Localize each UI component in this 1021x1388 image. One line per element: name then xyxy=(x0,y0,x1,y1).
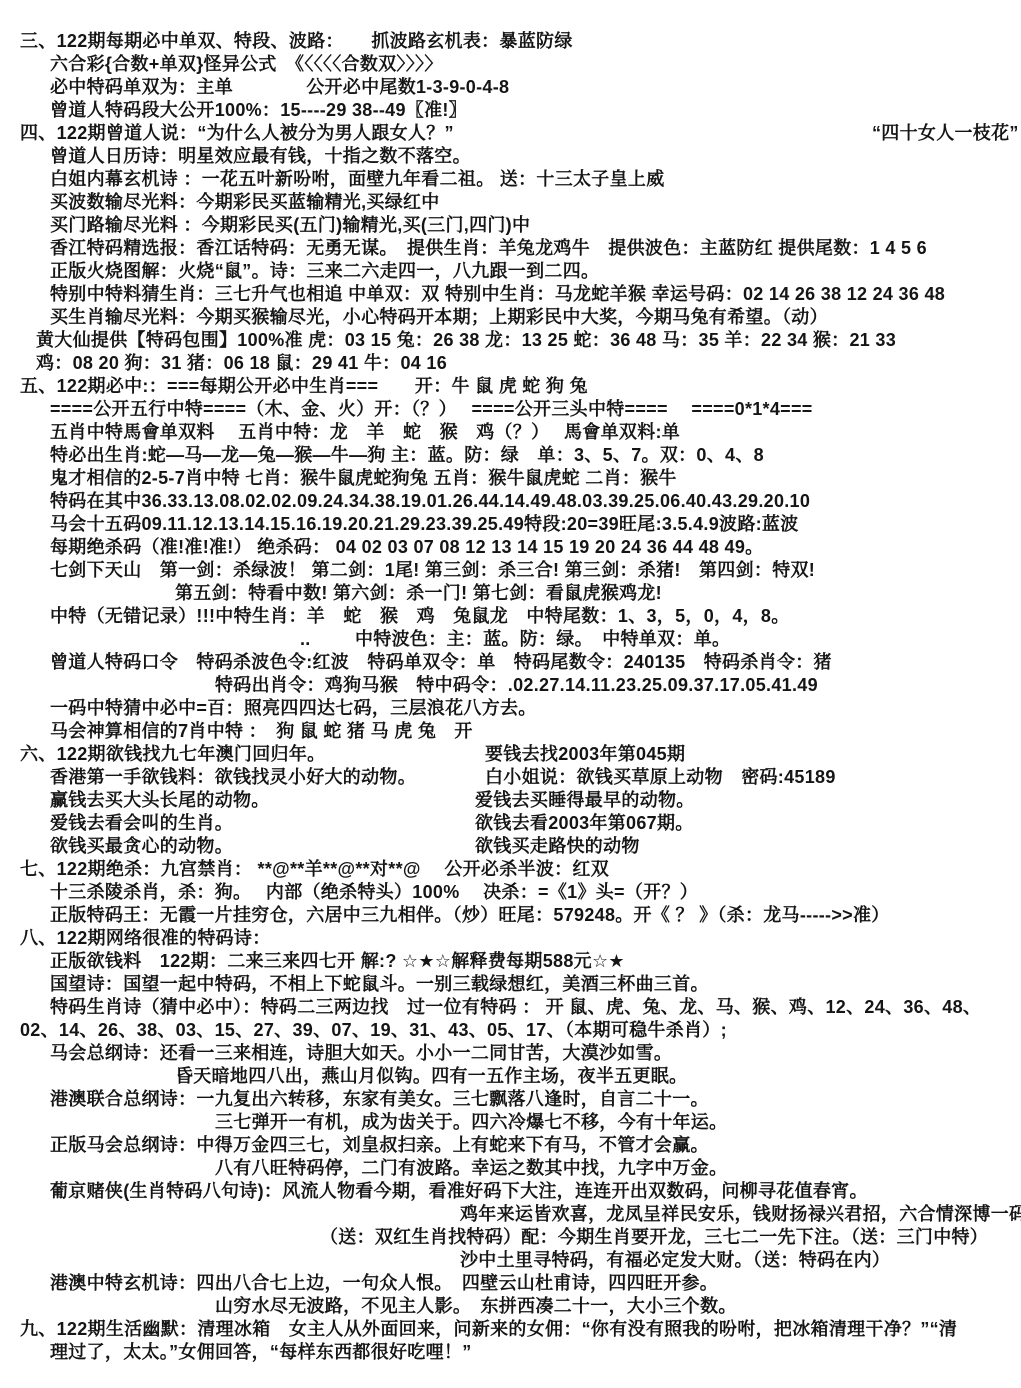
text-segment: 中特波色：主：蓝。防：绿。 中特单双：单。 xyxy=(355,628,730,651)
text-segment: 买波数输尽光料：今期彩民买蓝输精光,买绿红中 xyxy=(50,191,440,214)
text-line: 正版火烧图解：火烧“鼠”。诗：三来二六走四一，八九跟一到二四。 xyxy=(0,260,1021,283)
text-segment: 鸡：08 20 狗：31 猪：06 18 鼠：29 41 牛：04 16 xyxy=(36,352,447,375)
text-segment: 五肖中特馬會单双料 五肖中特：龙 羊 蛇 猴 鸡（？） 馬會单双料:单 xyxy=(50,421,680,444)
text-segment: 理过了，太太。”女佣回答，“每样东西都很好吃哩！” xyxy=(50,1341,472,1364)
text-line: 八有八旺特码停，二门有波路。幸运之数其中找，九字中万金。 xyxy=(0,1157,1021,1180)
text-line: 黄大仙提供【特码包围】100%准 虎：03 15 兔：26 38 龙：13 25… xyxy=(0,329,1021,352)
text-line: 马会总纲诗：还看一三来相连，诗胆大如天。小小一二同甘苦，大漠沙如雪。 xyxy=(0,1042,1021,1065)
text-segment: 买生肖输尽光料：今期买猴输尽光，小心特码开本期；上期彩民中大奖，今期马兔有希望。… xyxy=(50,306,828,329)
text-line: 七剑下天山 第一剑：杀绿波！ 第二剑：1尾! 第三剑：杀三合! 第三剑：杀猪! … xyxy=(0,559,1021,582)
text-segment: 七、122期绝杀：九宫禁肖： **@**羊**@**对**@ 公开必杀半波：红双 xyxy=(20,858,609,881)
text-segment: ====公开五行中特====（木、金、火）开：（？） ====公开三头中特===… xyxy=(50,398,813,421)
text-line: ====公开五行中特====（木、金、火）开：（？） ====公开三头中特===… xyxy=(0,398,1021,421)
text-segment: 正版火烧图解：火烧“鼠”。诗：三来二六走四一，八九跟一到二四。 xyxy=(50,260,599,283)
text-line: 马会神算相信的7肖中特 ： 狗 鼠 蛇 猪 马 虎 兔 开 xyxy=(0,720,1021,743)
text-line: 曾道人日历诗：明星效应最有钱，十指之数不落空。 xyxy=(0,145,1021,168)
text-line: 五肖中特馬會单双料 五肖中特：龙 羊 蛇 猴 鸡（？） 馬會单双料:单 xyxy=(0,421,1021,444)
text-segment: 鸡年来运皆欢喜，龙凤呈祥民安乐，钱财扬禄兴君招，六合情深博一码。 xyxy=(460,1203,1021,1226)
text-line: 港澳中特玄机诗：四出八合七上边，一句众人恨。 四壁云山杜甫诗，四四旺开参。 xyxy=(0,1272,1021,1295)
text-line: 八、122期网络很准的特码诗： xyxy=(0,927,1021,950)
text-line: 山穷水尽无波路，不见主人影。 东拼西凑二十一，大小三个数。 xyxy=(0,1295,1021,1318)
text-segment: 特别中特料猜生肖：三七升气也相追 中单双：双 特别中生肖：马龙蛇羊猴 幸运号码：… xyxy=(50,283,945,306)
text-segment: 欲钱去看2003年第067期。 xyxy=(475,812,694,835)
text-line: 国望诗：国望一起中特码，不相上下蛇鼠斗。一别三载绿想红，美酒三杯曲三首。 xyxy=(0,973,1021,996)
text-segment: 白姐内幕玄机诗 ：一花五叶新吩咐，面壁九年看二祖。 送：十三太子皇上威 xyxy=(50,168,665,191)
text-line: 鸡年来运皆欢喜，龙凤呈祥民安乐，钱财扬禄兴君招，六合情深博一码。 xyxy=(0,1203,1021,1226)
text-segment: 葡京赌侠(生肖特码八句诗)：风流人物看今期，看准好码下大注，连连开出双数码，问柳… xyxy=(50,1180,868,1203)
text-line: 马会十五码09.11.12.13.14.15.16.19.20.21.29.23… xyxy=(0,513,1021,536)
text-segment: 要钱去找2003年第045期 xyxy=(485,743,685,766)
text-line: 六合彩{合数+单双}怪异公式 《〈〈〈〈合数双〉〉〉〉 xyxy=(0,53,1021,76)
text-segment: 港澳中特玄机诗：四出八合七上边，一句众人恨。 四壁云山杜甫诗，四四旺开参。 xyxy=(50,1272,718,1295)
text-segment: 正版马会总纲诗：中得万金四三七，刘皇叔扫亲。上有蛇来下有马，不管才会赢。 xyxy=(50,1134,709,1157)
text-line: 买门路输尽光料 ：今期彩民买(五门)输精光,买(三门,四门)中 xyxy=(0,214,1021,237)
text-segment: 黄大仙提供【特码包围】100%准 虎：03 15 兔：26 38 龙：13 25… xyxy=(36,329,896,352)
text-segment: 七剑下天山 第一剑：杀绿波！ 第二剑：1尾! 第三剑：杀三合! 第三剑：杀猪! … xyxy=(50,559,815,582)
text-segment: 每期绝杀码（准!准!准!） 绝杀码： 04 02 03 07 08 12 13 … xyxy=(50,536,763,559)
text-line: 每期绝杀码（准!准!准!） 绝杀码： 04 02 03 07 08 12 13 … xyxy=(0,536,1021,559)
text-segment: 昏天暗地四八出，燕山月似钩。四有一五作主场，夜半五更眠。 xyxy=(175,1065,687,1088)
text-line: 特码在其中36.33.13.08.02.02.09.24.34.38.19.01… xyxy=(0,490,1021,513)
text-line: 九、122期生活幽默：清理冰箱 女主人从外面回来，问新来的女佣：“你有没有照我的… xyxy=(0,1318,1021,1341)
text-segment: 正版特码王：无霞一片挂穷仓，六居中三九相伴。（炒）旺尾：579248。开《 ？ … xyxy=(50,904,890,927)
text-line: 特码生肖诗（猜中必中）：特码二三两边找 过一位有特码 ： 开 鼠、虎、兔、龙、马… xyxy=(0,996,1021,1019)
text-segment: 特码在其中36.33.13.08.02.02.09.24.34.38.19.01… xyxy=(50,490,810,513)
text-segment: 国望诗：国望一起中特码，不相上下蛇鼠斗。一别三载绿想红，美酒三杯曲三首。 xyxy=(50,973,709,996)
text-line: 爱钱去看会叫的生肖。欲钱去看2003年第067期。 xyxy=(0,812,1021,835)
text-segment: 特必出生肖:蛇—马—龙—兔—猴—牛—狗 主：蓝。防：绿 单：3、5、7。双：0、… xyxy=(50,444,764,467)
text-segment: .. xyxy=(300,628,311,651)
text-line: 四、122期曾道人说：“为什么人被分为男人跟女人？”“四十女人一枝花” xyxy=(0,122,1021,145)
text-line: 第五剑：特看中数! 第六剑：杀一门! 第七剑：看鼠虎猴鸡龙! xyxy=(0,582,1021,605)
text-segment: 山穷水尽无波路，不见主人影。 东拼西凑二十一，大小三个数。 xyxy=(215,1295,737,1318)
tip-sheet-document: 三、122期每期必中单双、特段、波路： 抓波路玄机表：暴蓝防绿六合彩{合数+单双… xyxy=(0,0,1021,1388)
text-line: 沙中土里寻特码，有福必定发大财。（送：特码在内） xyxy=(0,1249,1021,1272)
text-line: 正版欲钱料 122期：二来三来四七开 解:? ☆★☆解释费每期588元☆★ xyxy=(0,950,1021,973)
text-line: 特必出生肖:蛇—马—龙—兔—猴—牛—狗 主：蓝。防：绿 单：3、5、7。双：0、… xyxy=(0,444,1021,467)
text-segment: 欲钱买最贪心的动物。 xyxy=(50,835,233,858)
text-line: 鬼才相信的2-5-7肖中特 七肖：猴牛鼠虎蛇狗兔 五肖：猴牛鼠虎蛇 二肖：猴牛 xyxy=(0,467,1021,490)
text-segment: 曾道人日历诗：明星效应最有钱，十指之数不落空。 xyxy=(50,145,471,168)
text-segment: 八有八旺特码停，二门有波路。幸运之数其中找，九字中万金。 xyxy=(215,1157,727,1180)
text-segment: 九、122期生活幽默：清理冰箱 女主人从外面回来，问新来的女佣：“你有没有照我的… xyxy=(20,1318,957,1341)
text-segment: 六合彩{合数+单双}怪异公式 《〈〈〈〈合数双〉〉〉〉 xyxy=(50,53,443,76)
text-line: 三七弹开一有机，成为齿关于。四六冷爆七不移，今有十年运。 xyxy=(0,1111,1021,1134)
text-segment: 六、122期欲钱找九七年澳门回归年。 xyxy=(20,743,325,766)
text-line: 买波数输尽光料：今期彩民买蓝输精光,买绿红中 xyxy=(0,191,1021,214)
text-line: 白姐内幕玄机诗 ：一花五叶新吩咐，面壁九年看二祖。 送：十三太子皇上威 xyxy=(0,168,1021,191)
text-segment: 02、14、26、38、03、15、27、39、07、19、31、43、05、1… xyxy=(20,1019,727,1042)
text-line: 一码中特猜中必中=百：照亮四四达七码，三层浪花八方去。 xyxy=(0,697,1021,720)
text-segment: 特码生肖诗（猜中必中）：特码二三两边找 过一位有特码 ： 开 鼠、虎、兔、龙、马… xyxy=(50,996,981,1019)
text-line: 六、122期欲钱找九七年澳门回归年。要钱去找2003年第045期 xyxy=(0,743,1021,766)
text-line: 特码出肖令：鸡狗马猴 特中码令：.02.27.14.11.23.25.09.37… xyxy=(0,674,1021,697)
text-segment: 正版欲钱料 122期：二来三来四七开 解:? ☆★☆解释费每期588元☆★ xyxy=(50,950,625,973)
text-line: 香江特码精选报：香江话特码：无勇无谋。 提供生肖：羊兔龙鸡牛 提供波色：主蓝防红… xyxy=(0,237,1021,260)
text-segment: 必中特码单双为：主单 公开必中尾数1-3-9-0-4-8 xyxy=(50,76,509,99)
text-line: （送：双红生肖找特码）配：今期生肖要开龙，三七二一先下注。（送：三门中特） xyxy=(0,1226,1021,1249)
text-segment: （送：双红生肖找特码）配：今期生肖要开龙，三七二一先下注。（送：三门中特） xyxy=(320,1226,988,1249)
text-segment: 马会总纲诗：还看一三来相连，诗胆大如天。小小一二同甘苦，大漠沙如雪。 xyxy=(50,1042,672,1065)
text-line: 中特（无错记录）!!!中特生肖：羊 蛇 猴 鸡 兔鼠龙 中特尾数：1、3，5，0… xyxy=(0,605,1021,628)
text-segment: 香港第一手欲钱料：欲钱找灵小好大的动物。 xyxy=(50,766,416,789)
text-line: 昏天暗地四八出，燕山月似钩。四有一五作主场，夜半五更眠。 xyxy=(0,1065,1021,1088)
text-segment: 欲钱买走路快的动物 xyxy=(475,835,640,858)
text-segment: 曾道人特码口令 特码杀波色令:红波 特码单双令：单 特码尾数令：240135 特… xyxy=(50,651,832,674)
text-line: 赢钱去买大头长尾的动物。爱钱去买睡得最早的动物。 xyxy=(0,789,1021,812)
text-segment: 买门路输尽光料 ：今期彩民买(五门)输精光,买(三门,四门)中 xyxy=(50,214,530,237)
text-line: 02、14、26、38、03、15、27、39、07、19、31、43、05、1… xyxy=(0,1019,1021,1042)
text-line: 正版马会总纲诗：中得万金四三七，刘皇叔扫亲。上有蛇来下有马，不管才会赢。 xyxy=(0,1134,1021,1157)
text-line: 葡京赌侠(生肖特码八句诗)：风流人物看今期，看准好码下大注，连连开出双数码，问柳… xyxy=(0,1180,1021,1203)
text-line: 三、122期每期必中单双、特段、波路： 抓波路玄机表：暴蓝防绿 xyxy=(0,30,1021,53)
text-segment: 五、122期必中:：===每期公开必中生肖=== 开：牛 鼠 虎 蛇 狗 兔 xyxy=(20,375,588,398)
text-line: 十三杀陵杀肖，杀：狗。 内部（绝杀特头）100% 决杀：=《1》头=（开？） xyxy=(0,881,1021,904)
text-segment: 港澳联合总纲诗：一九复出六转移，东家有美女。三七飘落八逢时，自言二十一。 xyxy=(50,1088,709,1111)
text-line: 正版特码王：无霞一片挂穷仓，六居中三九相伴。（炒）旺尾：579248。开《 ？ … xyxy=(0,904,1021,927)
text-line: 欲钱买最贪心的动物。欲钱买走路快的动物 xyxy=(0,835,1021,858)
text-segment: 三、122期每期必中单双、特段、波路： 抓波路玄机表：暴蓝防绿 xyxy=(20,30,573,53)
text-segment: 中特（无错记录）!!!中特生肖：羊 蛇 猴 鸡 兔鼠龙 中特尾数：1、3，5，0… xyxy=(50,605,790,628)
text-segment: 八、122期网络很准的特码诗： xyxy=(20,927,271,950)
text-segment: “四十女人一枝花” xyxy=(872,122,1019,145)
text-line: ..中特波色：主：蓝。防：绿。 中特单双：单。 xyxy=(0,628,1021,651)
text-segment: 四、122期曾道人说：“为什么人被分为男人跟女人？” xyxy=(20,122,454,145)
text-line: 鸡：08 20 狗：31 猪：06 18 鼠：29 41 牛：04 16 xyxy=(0,352,1021,375)
text-line: 买生肖输尽光料：今期买猴输尽光，小心特码开本期；上期彩民中大奖，今期马兔有希望。… xyxy=(0,306,1021,329)
text-line: 五、122期必中:：===每期公开必中生肖=== 开：牛 鼠 虎 蛇 狗 兔 xyxy=(0,375,1021,398)
text-line: 七、122期绝杀：九宫禁肖： **@**羊**@**对**@ 公开必杀半波：红双 xyxy=(0,858,1021,881)
text-line: 港澳联合总纲诗：一九复出六转移，东家有美女。三七飘落八逢时，自言二十一。 xyxy=(0,1088,1021,1111)
text-segment: 鬼才相信的2-5-7肖中特 七肖：猴牛鼠虎蛇狗兔 五肖：猴牛鼠虎蛇 二肖：猴牛 xyxy=(50,467,677,490)
text-line: 曾道人特码口令 特码杀波色令:红波 特码单双令：单 特码尾数令：240135 特… xyxy=(0,651,1021,674)
text-segment: 曾道人特码段大公开100%：15----29 38--49〖准!〗 xyxy=(50,99,467,122)
text-segment: 十三杀陵杀肖，杀：狗。 内部（绝杀特头）100% 决杀：=《1》头=（开？） xyxy=(50,881,698,904)
text-line: 香港第一手欲钱料：欲钱找灵小好大的动物。白小姐说：欲钱买草原上动物 密码:451… xyxy=(0,766,1021,789)
text-segment: 第五剑：特看中数! 第六剑：杀一门! 第七剑：看鼠虎猴鸡龙! xyxy=(175,582,662,605)
text-segment: 马会十五码09.11.12.13.14.15.16.19.20.21.29.23… xyxy=(50,513,799,536)
text-segment: 沙中土里寻特码，有福必定发大财。（送：特码在内） xyxy=(460,1249,890,1272)
text-line: 必中特码单双为：主单 公开必中尾数1-3-9-0-4-8 xyxy=(0,76,1021,99)
text-line: 理过了，太太。”女佣回答，“每样东西都很好吃哩！” xyxy=(0,1341,1021,1364)
text-segment: 赢钱去买大头长尾的动物。 xyxy=(50,789,270,812)
text-segment: 马会神算相信的7肖中特 ： 狗 鼠 蛇 猪 马 虎 兔 开 xyxy=(50,720,473,743)
text-segment: 爱钱去看会叫的生肖。 xyxy=(50,812,233,835)
text-segment: 三七弹开一有机，成为齿关于。四六冷爆七不移，今有十年运。 xyxy=(215,1111,727,1134)
text-segment: 特码出肖令：鸡狗马猴 特中码令：.02.27.14.11.23.25.09.37… xyxy=(215,674,818,697)
text-line: 曾道人特码段大公开100%：15----29 38--49〖准!〗 xyxy=(0,99,1021,122)
text-line: 特别中特料猜生肖：三七升气也相追 中单双：双 特别中生肖：马龙蛇羊猴 幸运号码：… xyxy=(0,283,1021,306)
text-segment: 爱钱去买睡得最早的动物。 xyxy=(475,789,695,812)
text-segment: 香江特码精选报：香江话特码：无勇无谋。 提供生肖：羊兔龙鸡牛 提供波色：主蓝防红… xyxy=(50,237,927,260)
text-segment: 白小姐说：欲钱买草原上动物 密码:45189 xyxy=(485,766,836,789)
text-segment: 一码中特猜中必中=百：照亮四四达七码，三层浪花八方去。 xyxy=(50,697,537,720)
